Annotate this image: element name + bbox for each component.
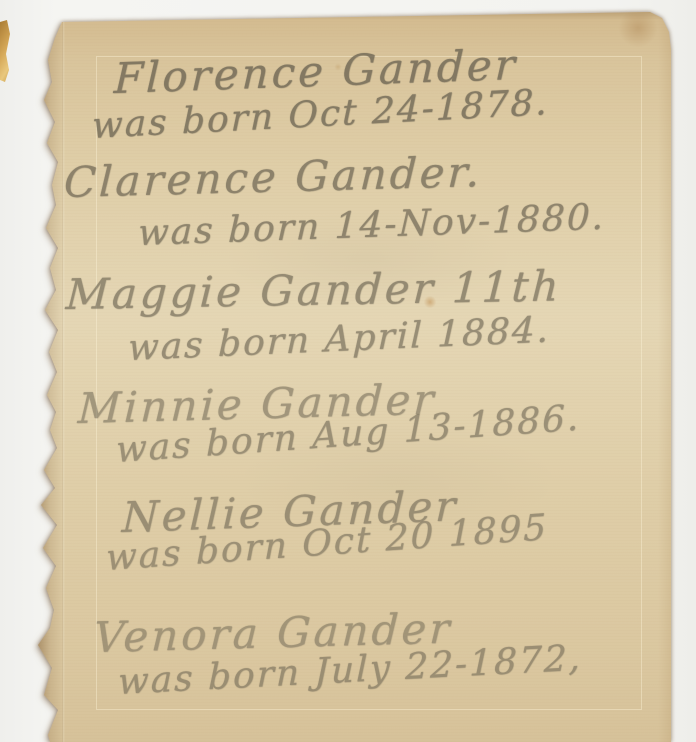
paper-surface: Florence Gander was born Oct 24-1878. Cl… [38, 10, 672, 742]
entry-born-line: was born 14-Nov-1880. [137, 197, 606, 254]
entry-name-line: Clarence Gander. [63, 147, 484, 207]
entry-name-line: Maggie Gander 11th [65, 261, 563, 319]
entry-born-line: was born April 1884. [127, 310, 550, 370]
scanner-background: Florence Gander was born Oct 24-1878. Cl… [0, 0, 696, 742]
album-page: Florence Gander was born Oct 24-1878. Cl… [38, 10, 672, 742]
adjacent-page-fragment [0, 20, 12, 82]
